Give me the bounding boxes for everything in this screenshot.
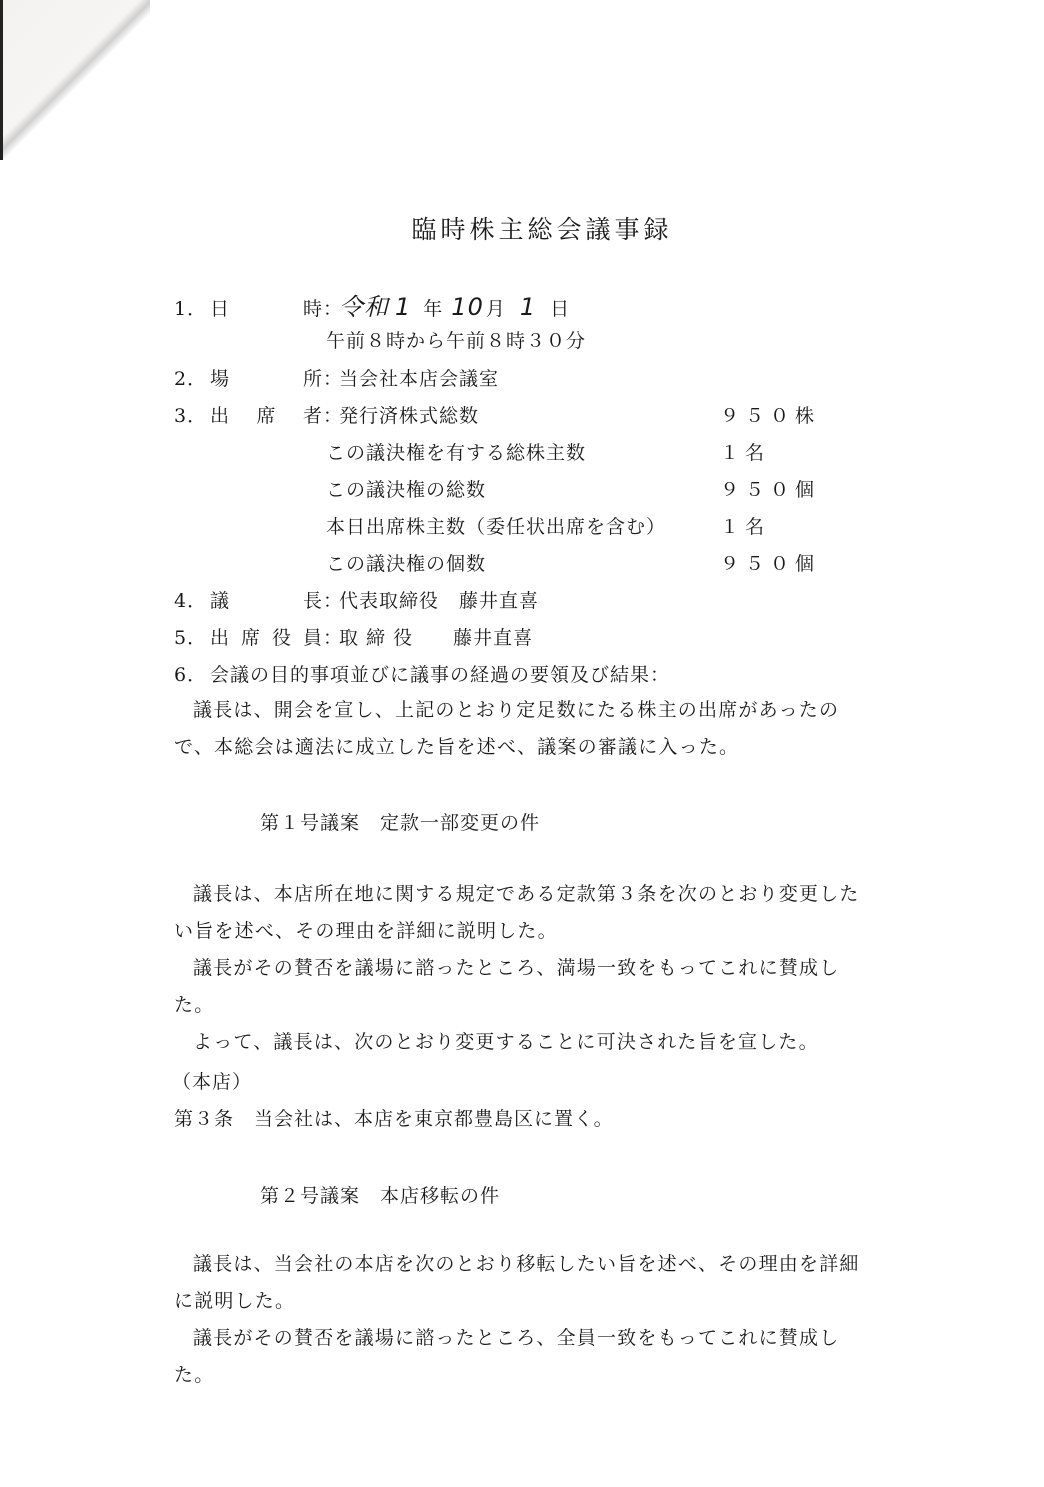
month-unit: 月 xyxy=(486,298,506,320)
attendee-row-label: 発行済株式総数 xyxy=(339,405,479,427)
attendee-row-value: ９５０個 xyxy=(720,549,820,576)
handwritten-day: 1 xyxy=(520,293,536,321)
item-number: 5． xyxy=(174,623,210,650)
attendee-row-value: １名 xyxy=(720,512,770,539)
officers-value: 取 締 役 藤井直喜 xyxy=(339,627,533,649)
colon: ： xyxy=(323,401,339,428)
item-label: 日時 xyxy=(210,294,323,321)
item-attendees: 3．出席者：発行済株式総数 xyxy=(174,401,479,428)
opening-paragraph: 議長は、開会を宣し、上記のとおり定足数にたる株主の出席があったので、本総会は適法… xyxy=(174,692,874,766)
attendee-row-value: ９５０株 xyxy=(720,401,820,428)
article-text: 第３条 当会社は、本店を東京都豊島区に置く。 xyxy=(174,1104,614,1131)
colon: ： xyxy=(323,586,339,613)
item-officers: 5．出席役員：取 締 役 藤井直喜 xyxy=(174,623,533,650)
attendee-row-label: この議決権の総数 xyxy=(326,475,486,502)
document-title: 臨時株主総会議事録 xyxy=(0,210,1044,246)
folded-page-corner xyxy=(0,0,150,160)
item-number: 4． xyxy=(174,586,210,613)
chair-value: 代表取締役 藤井直喜 xyxy=(339,590,539,612)
meeting-time: 午前８時から午前８時３０分 xyxy=(326,326,586,353)
proposal-paragraph: 議長は、当会社の本店を次のとおり移転したい旨を述べ、その理由を詳細に説明した。 xyxy=(174,1246,874,1320)
colon: ： xyxy=(323,364,339,391)
day-unit: 日 xyxy=(550,298,570,320)
colon: ： xyxy=(323,623,339,650)
item-label: 場所 xyxy=(210,364,323,391)
item-agenda: 6．会議の目的事項並びに議事の経過の要領及び結果： xyxy=(174,660,670,687)
proposal-2-title: 第２号議案 本店移転の件 xyxy=(260,1181,500,1208)
agenda-heading: 会議の目的事項並びに議事の経過の要領及び結果： xyxy=(210,664,670,686)
page-edge-shadow xyxy=(0,0,3,160)
item-number: 2． xyxy=(174,364,210,391)
attendee-row-label: この議決権の個数 xyxy=(326,549,486,576)
attendee-row-value: １名 xyxy=(720,438,770,465)
handwritten-month: 10 xyxy=(451,293,484,321)
item-number: 6． xyxy=(174,660,210,687)
attendee-row-label: 本日出席株主数（委任状出席を含む） xyxy=(326,512,666,539)
proposal-paragraph: 議長は、本店所在地に関する規定である定款第３条を次のとおり変更したい旨を述べ、そ… xyxy=(174,876,874,950)
handwritten-era: 令和 xyxy=(339,293,389,321)
article-caption: （本店） xyxy=(172,1067,252,1094)
attendee-row-value: ９５０個 xyxy=(720,475,820,502)
proposal-paragraph: 議長がその賛否を議場に諮ったところ、満場一致をもってこれに賛成した。 xyxy=(174,950,874,1024)
handwritten-year: 1 xyxy=(395,293,411,321)
colon: ： xyxy=(323,294,339,321)
item-number: 3． xyxy=(174,401,210,428)
proposal-paragraph: 議長がその賛否を議場に諮ったところ、全員一致をもってこれに賛成した。 xyxy=(174,1320,874,1394)
item-chair: 4．議長：代表取締役 藤井直喜 xyxy=(174,586,539,613)
item-label: 出席者 xyxy=(210,401,323,428)
year-unit: 年 xyxy=(423,298,443,320)
item-date: 1．日時：令和1年10月1日 xyxy=(174,287,570,322)
item-place: 2．場所：当会社本店会議室 xyxy=(174,364,499,391)
proposal-1-title: 第１号議案 定款一部変更の件 xyxy=(260,808,540,835)
proposal-paragraph: よって、議長は、次のとおり変更することに可決された旨を宣した。 xyxy=(174,1024,874,1061)
item-number: 1． xyxy=(174,294,210,321)
attendee-row-label: この議決権を有する総株主数 xyxy=(326,438,586,465)
place-value: 当会社本店会議室 xyxy=(339,368,499,390)
item-label: 出席役員 xyxy=(210,623,323,650)
item-label: 議長 xyxy=(210,586,323,613)
